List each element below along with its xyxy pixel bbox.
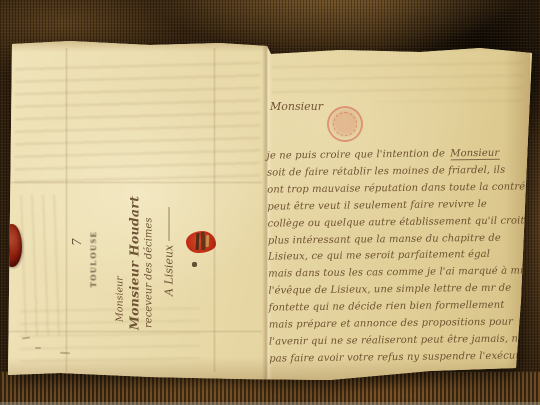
- address-line: A Lisieux: [162, 184, 177, 296]
- letter-paper: Monsieur Monsieur Houdart receveur des d…: [0, 0, 540, 405]
- wax-streak: [201, 232, 206, 250]
- address-line: Monsieur: [114, 184, 127, 322]
- postage-due-mark: 7: [70, 232, 84, 246]
- wax-streak: [196, 233, 200, 250]
- address-text-rotated: Monsieur Monsieur Houdart receveur des d…: [114, 184, 177, 330]
- letter-line: ont trop mauvaise réputation dans toute …: [267, 179, 527, 199]
- paper-shadow-wrap: Monsieur Monsieur Houdart receveur des d…: [0, 0, 540, 405]
- pencil-squiggle: [388, 46, 397, 51]
- paper-top-shade: [10, 41, 532, 52]
- address-line: Monsieur Houdart: [127, 184, 143, 330]
- red-collection-stamp-icon: [327, 106, 363, 142]
- address-destination: A Lisieux: [163, 245, 176, 296]
- toulouse-postmark-stamp: TOULOUSE: [89, 211, 103, 307]
- red-wax-remnant: [186, 231, 216, 253]
- letter-line: pas faire avoir votre refus ny suspendre…: [269, 348, 529, 368]
- underlined-word: Monsieur: [450, 148, 499, 161]
- ink-speck: [192, 262, 197, 267]
- letter-line-text: je ne puis croire que l'intention de: [267, 148, 449, 161]
- address-line: receveur des décimes: [143, 184, 157, 328]
- stamp-inner-ring: [333, 112, 357, 136]
- wax-streak: [206, 235, 209, 247]
- showthrough-left-top: [15, 58, 260, 186]
- letter-salutation: Monsieur: [270, 100, 323, 113]
- flourish-line: [169, 207, 170, 241]
- red-wax-seal: [2, 224, 22, 267]
- letter-body: je ne puis croire que l'intention de Mon…: [267, 145, 530, 368]
- showthrough-right-top: [272, 56, 522, 102]
- photo-of-letter: Monsieur Monsieur Houdart receveur des d…: [0, 0, 540, 405]
- paper-fleck: [35, 347, 41, 349]
